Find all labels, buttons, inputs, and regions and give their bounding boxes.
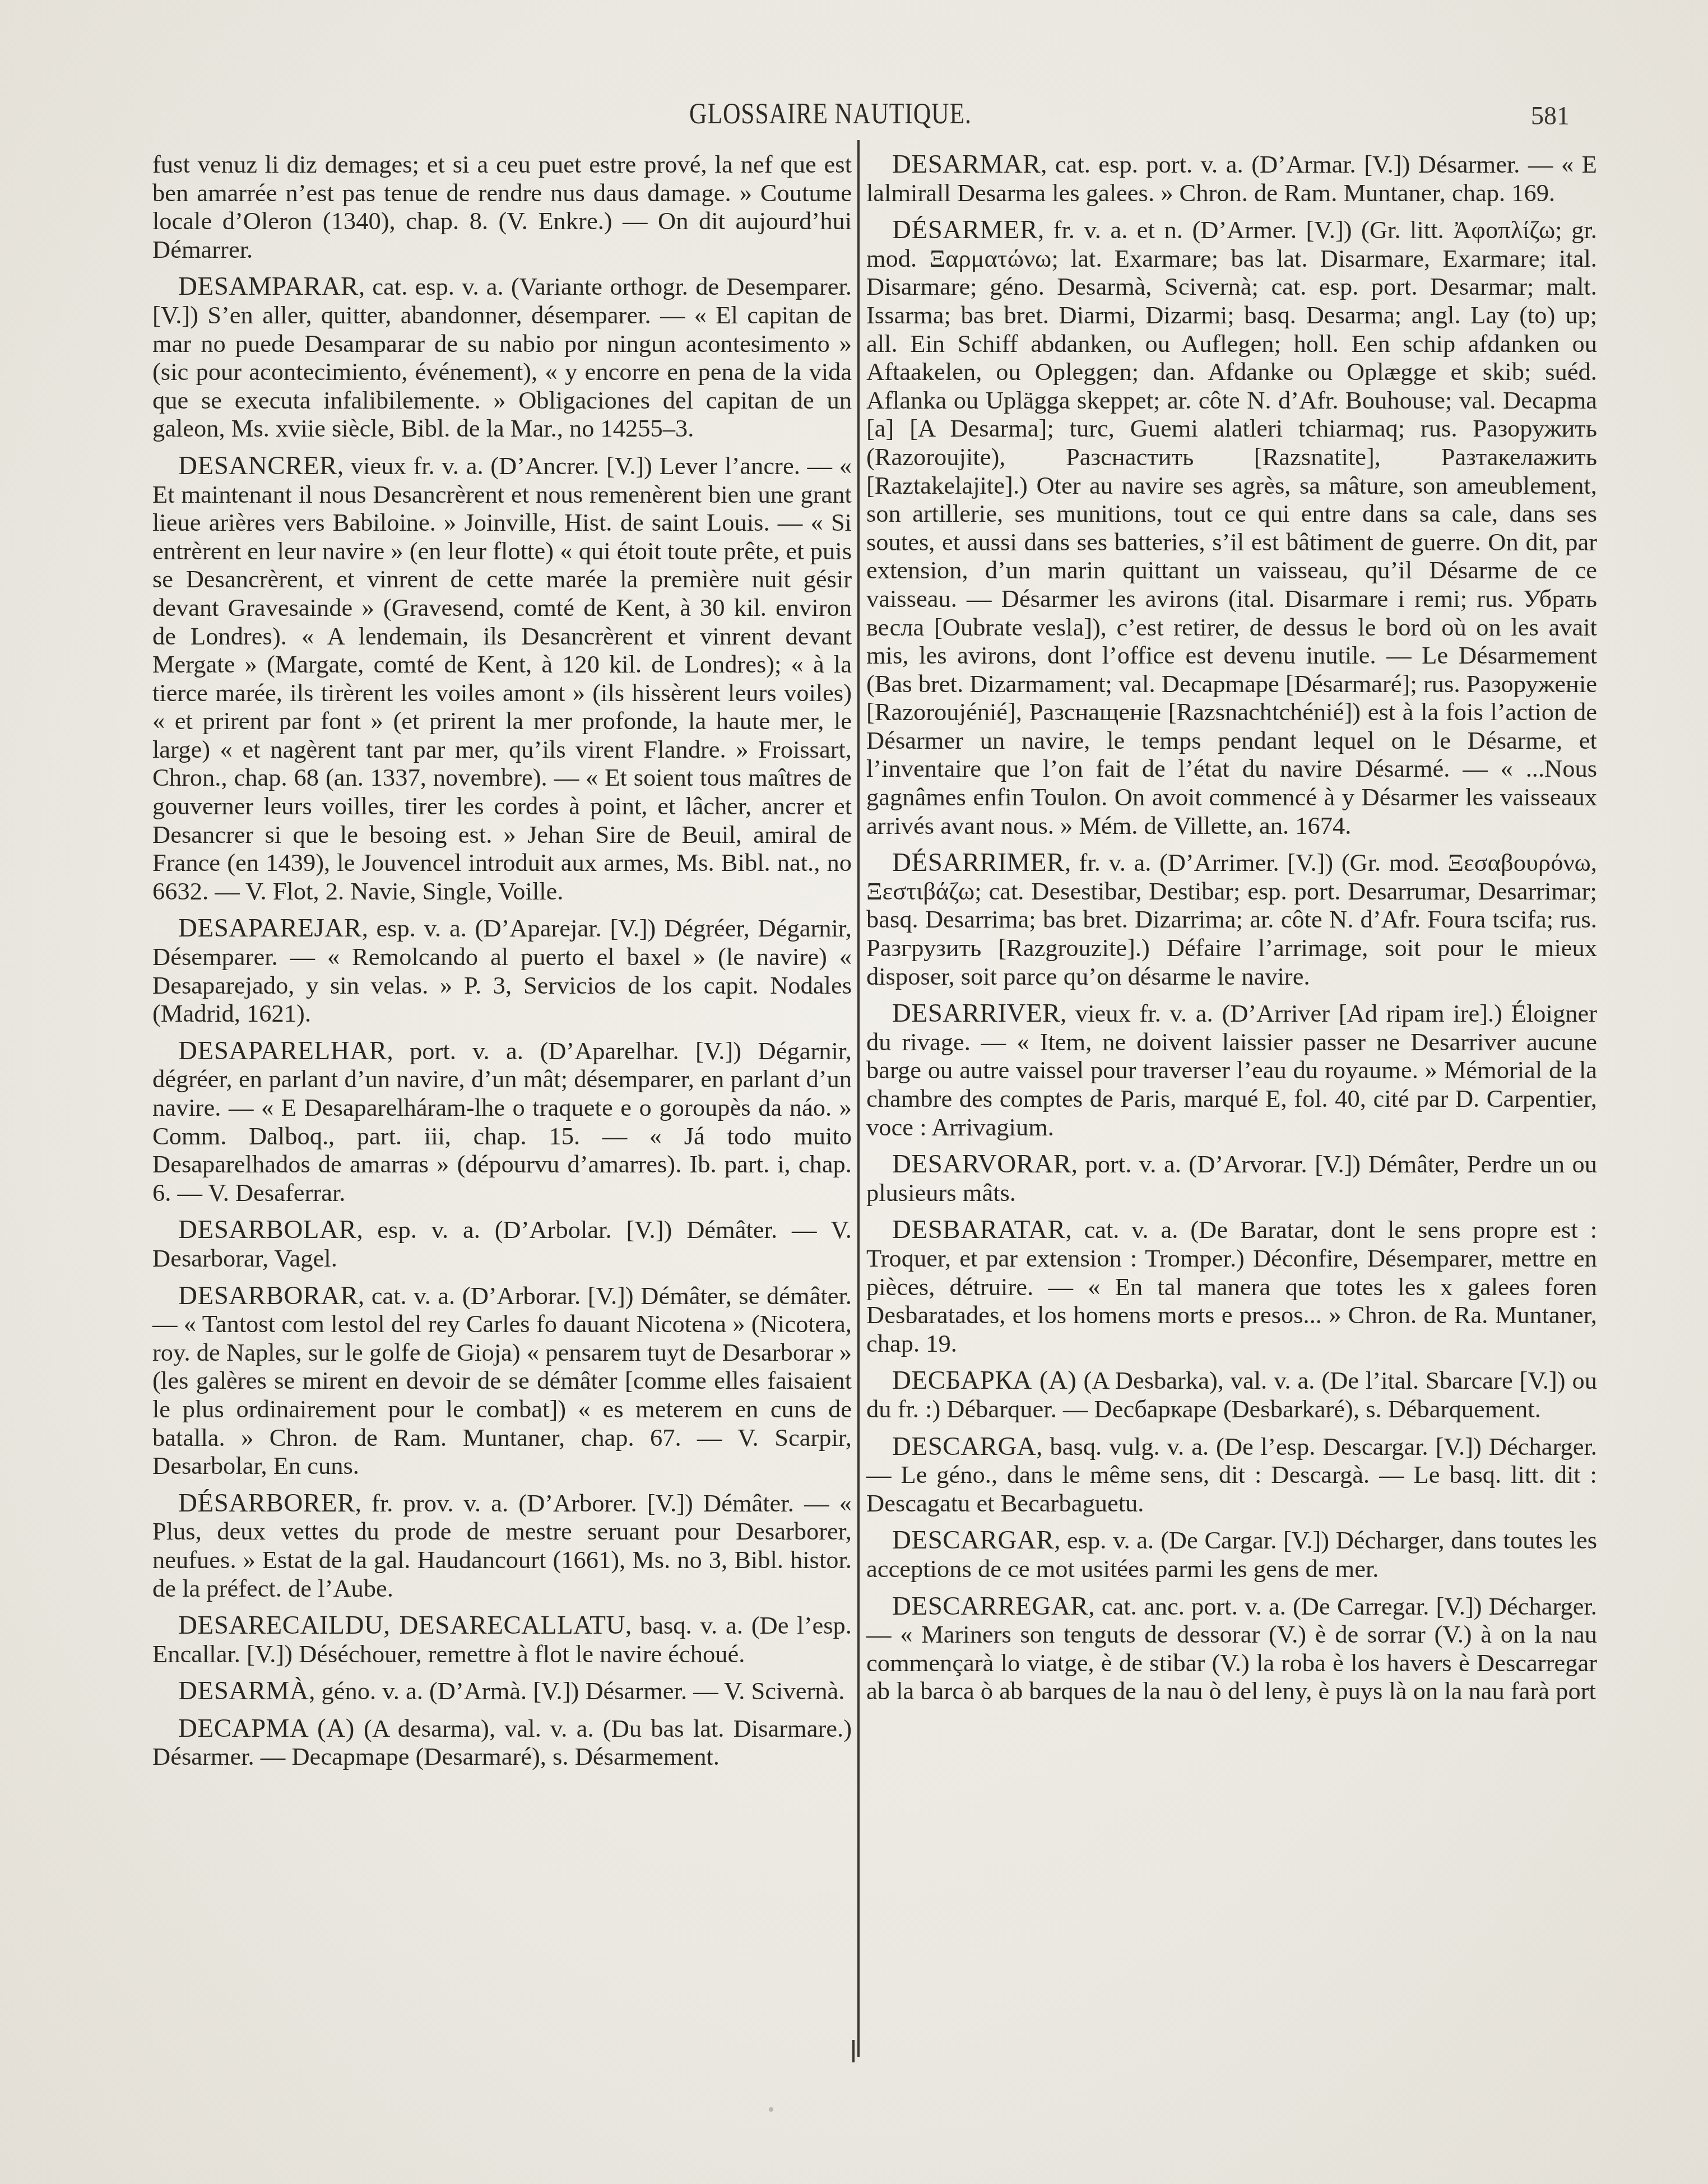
entry-definition: , cat. v. a. (D’Arborar. [V.]) Démâter, … — [152, 1282, 852, 1480]
continuation-text: fust venuz li diz demages; et si a ceu p… — [152, 150, 852, 263]
glossary-entry: DESARVORAR, port. v. a. (D’Arvorar. [V.]… — [866, 1150, 1597, 1207]
glossary-entry: DESAMPARAR, cat. esp. v. a. (Variante or… — [152, 272, 852, 443]
glossary-entry: DESARMÀ, géno. v. a. (D’Armà. [V.]) Désa… — [152, 1677, 852, 1705]
column-divider-rule — [857, 140, 860, 2057]
entry-headword: DESAPAREJAR — [178, 914, 362, 943]
glossary-entry: DESARRIVER, vieux fr. v. a. (D’Arriver [… — [866, 999, 1597, 1141]
entry-definition: , géno. v. a. (D’Armà. [V.]) Désarmer. —… — [309, 1677, 844, 1705]
glossary-entry: DESCARREGAR, cat. anc. port. v. a. (De C… — [866, 1592, 1597, 1705]
entry-headword: DESANCRER — [178, 451, 337, 480]
entry-headword: DESCARREGAR — [892, 1592, 1088, 1621]
entry-headword: DESARMAR — [892, 150, 1041, 179]
entry-headword: DESARRIVER — [892, 999, 1060, 1028]
book-page: GLOSSAIRE NAUTIQUE. 581 fust venuz li di… — [0, 0, 1708, 2184]
glossary-entry: DESARBORAR, cat. v. a. (D’Arborar. [V.])… — [152, 1282, 852, 1480]
entry-headword: DESCARGAR — [892, 1525, 1054, 1555]
glossary-entry: DESBARATAR, cat. v. a. (De Baratar, dont… — [866, 1216, 1597, 1357]
glossary-entry: DECБАРКА (A) (A Desbarka), val. v. a. (D… — [866, 1366, 1597, 1423]
running-title: GLOSSAIRE NAUTIQUE. — [689, 98, 972, 131]
page-number: 581 — [1531, 101, 1570, 131]
entry-headword: DÉSARMER — [892, 215, 1038, 244]
glossary-entry: DESAPARELHAR, port. v. a. (D’Aparelhar. … — [152, 1037, 852, 1207]
glossary-entry: DECAPMA (A) (A desarma), val. v. a. (Du … — [152, 1714, 852, 1771]
entry-continuation: fust venuz li diz demages; et si a ceu p… — [152, 150, 852, 263]
entry-headword: DESBARATAR — [892, 1215, 1065, 1244]
entry-definition: , fr. v. a. et n. (D’Armer. [V.]) (Gr. l… — [866, 216, 1597, 839]
entry-headword: DESAPARELHAR — [178, 1036, 387, 1065]
entry-headword: DESARBOLAR — [178, 1215, 356, 1244]
glossary-entry: DÉSARBORER, fr. prov. v. a. (D’Arborer. … — [152, 1489, 852, 1602]
glossary-entry: DESCARGAR, esp. v. a. (De Cargar. [V.]) … — [866, 1526, 1597, 1583]
running-head: GLOSSAIRE NAUTIQUE. 581 — [0, 94, 1708, 133]
entry-headword: DÉSARBORER — [178, 1489, 355, 1518]
entry-headword: DECБАРКА (A) — [892, 1366, 1077, 1395]
entry-headword: DESARECAILDU, DESARECALLATU — [178, 1611, 625, 1640]
entry-headword: DÉSARRIMER — [892, 848, 1065, 877]
glossary-entry: DÉSARMER, fr. v. a. et n. (D’Armer. [V.]… — [866, 216, 1597, 840]
left-column: fust venuz li diz demages; et si a ceu p… — [152, 150, 852, 1780]
right-column: DESARMAR, cat. esp. port. v. a. (D’Armar… — [866, 150, 1597, 1714]
entry-headword: DESARMÀ — [178, 1676, 309, 1705]
entry-headword: DESARVORAR — [892, 1149, 1071, 1179]
glossary-entry: DESANCRER, vieux fr. v. a. (D’Ancrer. [V… — [152, 452, 852, 906]
entry-headword: DESAMPARAR — [178, 272, 359, 301]
glossary-entry: DESAPAREJAR, esp. v. a. (D’Aparejar. [V.… — [152, 914, 852, 1027]
glossary-entry: DÉSARRIMER, fr. v. a. (D’Arrimer. [V.]) … — [866, 848, 1597, 990]
entry-headword: DESCARGA — [892, 1432, 1036, 1461]
entry-definition: , vieux fr. v. a. (D’Ancrer. [V.]) Lever… — [152, 452, 852, 905]
entry-headword: DESARBORAR — [178, 1281, 358, 1310]
glossary-entry: DESARMAR, cat. esp. port. v. a. (D’Armar… — [866, 150, 1597, 207]
column-divider-stub — [852, 2040, 855, 2062]
glossary-entry: DESARECAILDU, DESARECALLATU, basq. v. a.… — [152, 1611, 852, 1668]
entry-headword: DECAPMA (A) — [178, 1714, 355, 1743]
print-speck — [769, 2107, 773, 2112]
glossary-entry: DESCARGA, basq. vulg. v. a. (De l’esp. D… — [866, 1432, 1597, 1518]
glossary-entry: DESARBOLAR, esp. v. a. (D’Arbolar. [V.])… — [152, 1216, 852, 1272]
